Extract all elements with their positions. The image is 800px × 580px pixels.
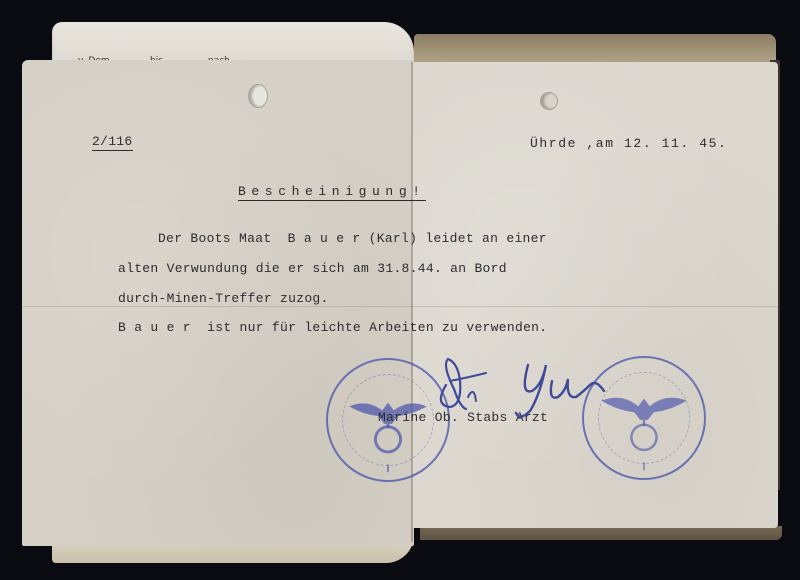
punch-hole-left <box>248 84 268 108</box>
body-line-2: alten Verwundung die er sich am 31.8.44.… <box>118 261 507 276</box>
reference-number: 2/116 <box>92 134 133 151</box>
place-and-date: Ührde ,am 12. 11. 45. <box>530 136 727 151</box>
body-line-3: durch-Minen-Treffer zuzog. <box>118 291 329 306</box>
photo-scene: v. Dem bis nach 2/116 Ührde ,am 12. 11. … <box>0 0 800 580</box>
handwritten-signature <box>420 345 660 425</box>
booklet-bottom-right-edge <box>420 526 782 540</box>
punch-hole-right <box>540 92 558 110</box>
body-line-1: Der Boots Maat B a u e r (Karl) leidet a… <box>158 231 547 246</box>
document-title: Bescheinigung! <box>238 184 426 201</box>
body-line-4: B a u e r ist nur für leichte Arbeiten z… <box>118 320 547 335</box>
horizontal-fold-crease <box>22 306 778 307</box>
